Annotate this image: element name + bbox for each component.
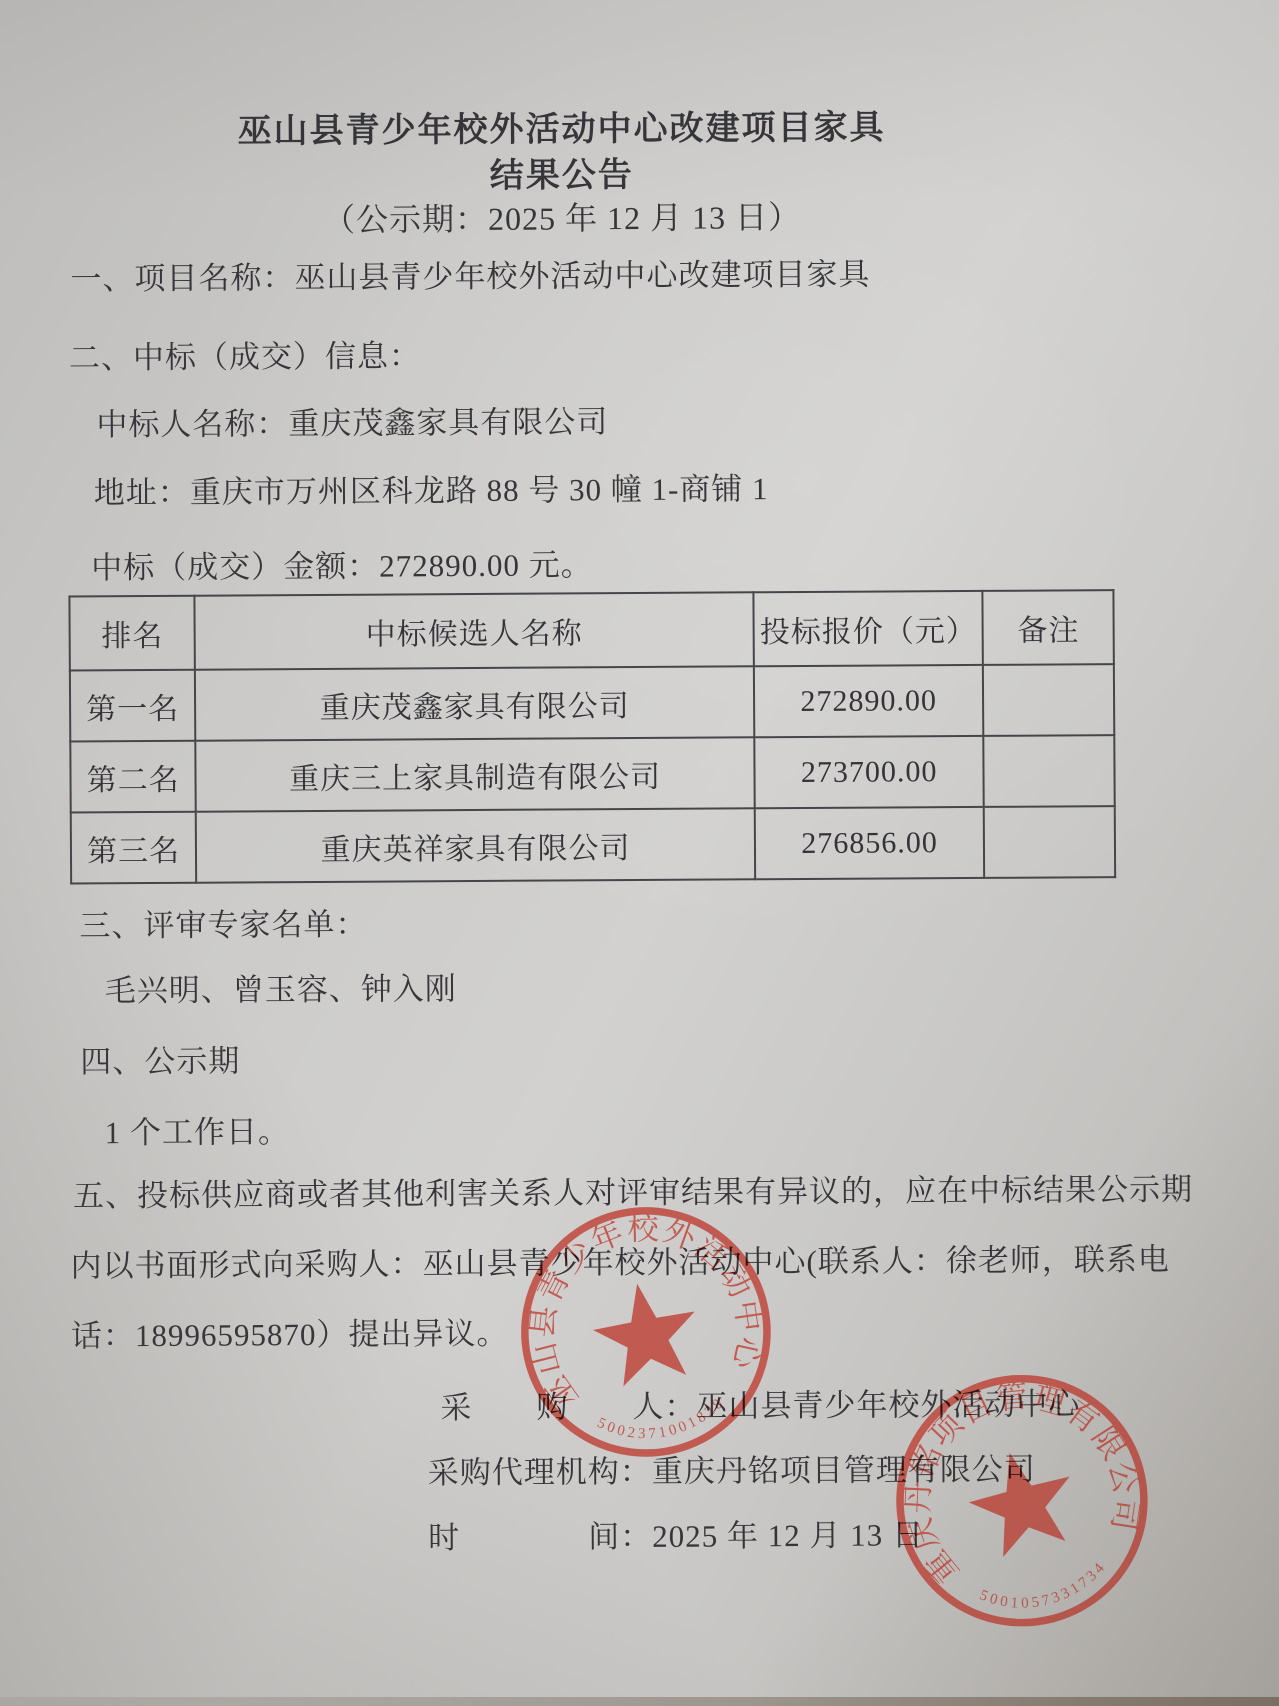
svg-text:5002371001828: 5002371001828 <box>592 1392 733 1452</box>
publicity-duration: 1 个工作日。 <box>105 1106 291 1152</box>
cell-note-1 <box>983 664 1114 736</box>
table-header-row: 排名 中标候选人名称 投标报价（元） 备注 <box>69 590 1113 670</box>
experts-names: 毛兴明、曾玉容、钟入刚 <box>105 963 457 1010</box>
cell-name-2: 重庆三上家具制造有限公司 <box>196 737 755 811</box>
header-rank: 排名 <box>69 596 195 671</box>
bid-candidates-table: 排名 中标候选人名称 投标报价（元） 备注 第一名 重庆茂鑫家具有限公司 272… <box>68 589 1116 884</box>
section-3-experts-heading: 三、评审专家名单： <box>79 899 367 946</box>
purchaser-stamp: 巫山县青少年校外活动中心 5002371001828 <box>488 1174 804 1490</box>
stamp-star-icon <box>586 1275 705 1390</box>
document-content: 巫山县青少年校外活动中心改建项目家具 结果公告 （公示期：2025 年 12 月… <box>0 0 1279 1706</box>
document-photo: 巫山县青少年校外活动中心改建项目家具 结果公告 （公示期：2025 年 12 月… <box>0 0 1279 1706</box>
winner-address-line: 地址：重庆市万州区科龙路 88 号 30 幢 1-商铺 1 <box>94 463 769 512</box>
section-5-objection-line3: 话：18996595870）提出异议。 <box>71 1308 509 1356</box>
stamp-star-icon <box>959 1440 1084 1562</box>
header-price: 投标报价（元） <box>753 591 983 666</box>
section-4-publicity-heading: 四、公示期 <box>80 1035 240 1081</box>
section-1-project-name: 一、项目名称：巫山县青少年校外活动中心改建项目家具 <box>70 249 870 299</box>
header-note: 备注 <box>983 590 1114 665</box>
cell-note-2 <box>984 735 1115 807</box>
table-row: 第二名 重庆三上家具制造有限公司 273700.00 <box>70 735 1114 812</box>
stamp-serial-text: 5001057331734 <box>974 1556 1116 1625</box>
cell-rank-2: 第二名 <box>70 741 196 813</box>
cell-name-3: 重庆英祥家具有限公司 <box>196 808 755 882</box>
date-signature-line: 时 间：2025 年 12 月 13 日 <box>428 1509 924 1557</box>
cell-price-3: 276856.00 <box>755 807 985 879</box>
cell-note-3 <box>984 806 1115 878</box>
cell-price-2: 273700.00 <box>754 736 984 808</box>
cell-rank-1: 第一名 <box>70 670 196 742</box>
section-2-award-info: 二、中标（成交）信息： <box>69 330 421 377</box>
svg-text:5001057331734: 5001057331734 <box>974 1556 1116 1625</box>
winner-name-line: 中标人名称：重庆茂鑫家具有限公司 <box>96 396 608 444</box>
publicity-period-line: （公示期：2025 年 12 月 13 日） <box>0 190 1128 243</box>
winner-amount-line: 中标（成交）金额：272890.00 元。 <box>91 539 593 587</box>
header-name: 中标候选人名称 <box>195 592 754 669</box>
cell-price-1: 272890.00 <box>754 665 984 737</box>
table-row: 第一名 重庆茂鑫家具有限公司 272890.00 <box>70 664 1114 741</box>
table-row: 第三名 重庆英祥家具有限公司 276856.00 <box>71 806 1115 883</box>
stamp-serial-text: 5002371001828 <box>592 1392 733 1452</box>
cell-rank-3: 第三名 <box>71 812 197 884</box>
cell-name-1: 重庆茂鑫家具有限公司 <box>195 666 754 740</box>
